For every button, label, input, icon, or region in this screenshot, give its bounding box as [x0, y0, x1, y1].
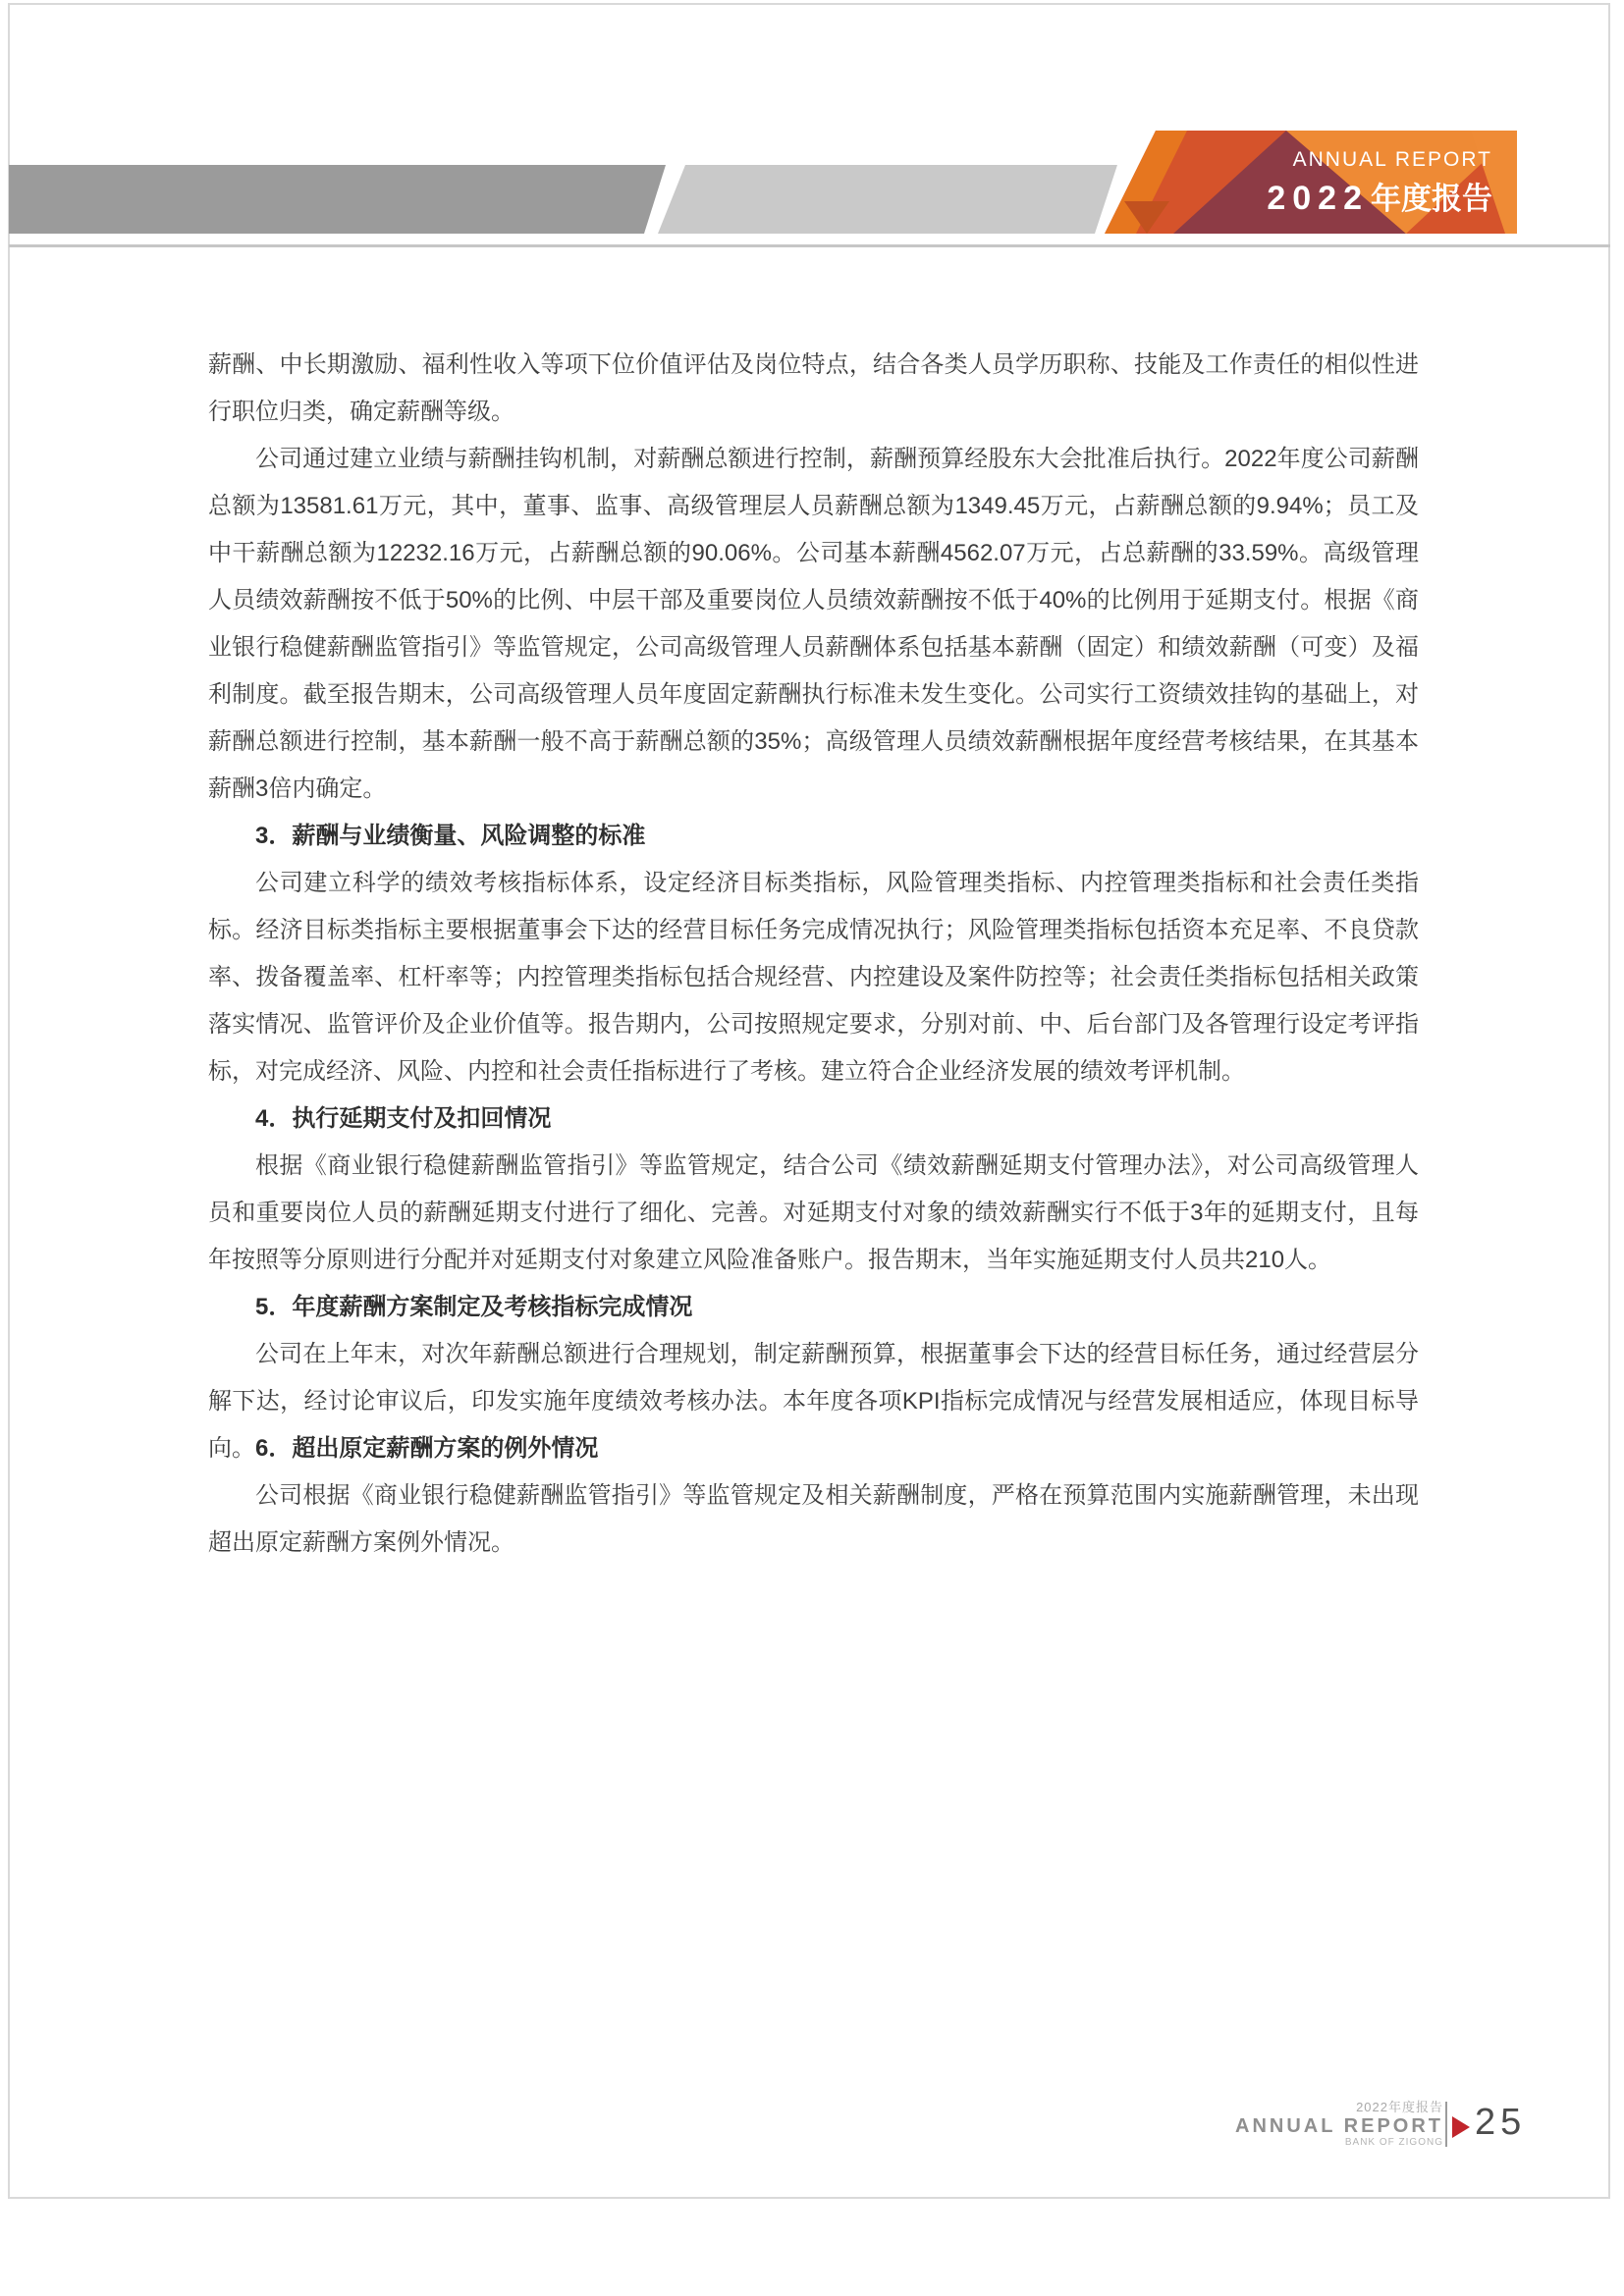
banner-year-suffix: 年度报告 [1371, 182, 1492, 216]
section-heading: 6．超出原定薪酬方案的例外情况 [208, 1425, 1419, 1472]
section-heading: 4．执行延期支付及扣回情况 [208, 1095, 1419, 1143]
banner-annual-report-label: ANNUAL REPORT [1267, 147, 1492, 173]
body-paragraph: 公司建立科学的绩效考核指标体系，设定经济目标类指标，风险管理类指标、内控管理类指… [208, 860, 1419, 1095]
banner-text: ANNUAL REPORT 2022年度报告 [1267, 147, 1492, 217]
body-paragraph: 公司根据《商业银行稳健薪酬监管指引》等监管规定及相关薪酬制度，严格在预算范围内实… [208, 1472, 1419, 1567]
body-paragraph: 薪酬、中长期激励、福利性收入等项下位价值评估及岗位特点，结合各类人员学历职称、技… [208, 342, 1419, 436]
footer-divider [1445, 2102, 1447, 2147]
report-page: { "header": { "banner": { "annual_report… [0, 0, 1624, 2296]
annual-report-banner: ANNUAL REPORT 2022年度报告 [1105, 131, 1517, 234]
footer-bank-name: BANK OF ZIGONG [1345, 2137, 1443, 2149]
header-bar-dark [9, 165, 666, 234]
header-hairline [9, 244, 1610, 247]
section-heading: 3．薪酬与业绩衡量、风险调整的标准 [208, 813, 1419, 860]
banner-year: 2022 [1267, 180, 1369, 217]
section-heading: 5．年度薪酬方案制定及考核指标完成情况 [208, 1284, 1419, 1331]
footer-arrow-icon [1452, 2116, 1470, 2138]
banner-year-title: 2022年度报告 [1267, 181, 1492, 217]
footer-page-number: 25 [1475, 2100, 1526, 2145]
footer-report-title-en: ANNUAL REPORT [1235, 2115, 1443, 2137]
body-paragraph: 根据《商业银行稳健薪酬监管指引》等监管规定，结合公司《绩效薪酬延期支付管理办法》… [208, 1143, 1419, 1284]
header-bar-light [658, 165, 1117, 234]
body-paragraph: 公司通过建立业绩与薪酬挂钩机制，对薪酬总额进行控制，薪酬预算经股东大会批准后执行… [208, 436, 1419, 813]
footer-report-title-cn: 2022年度报告 [1356, 2101, 1443, 2114]
